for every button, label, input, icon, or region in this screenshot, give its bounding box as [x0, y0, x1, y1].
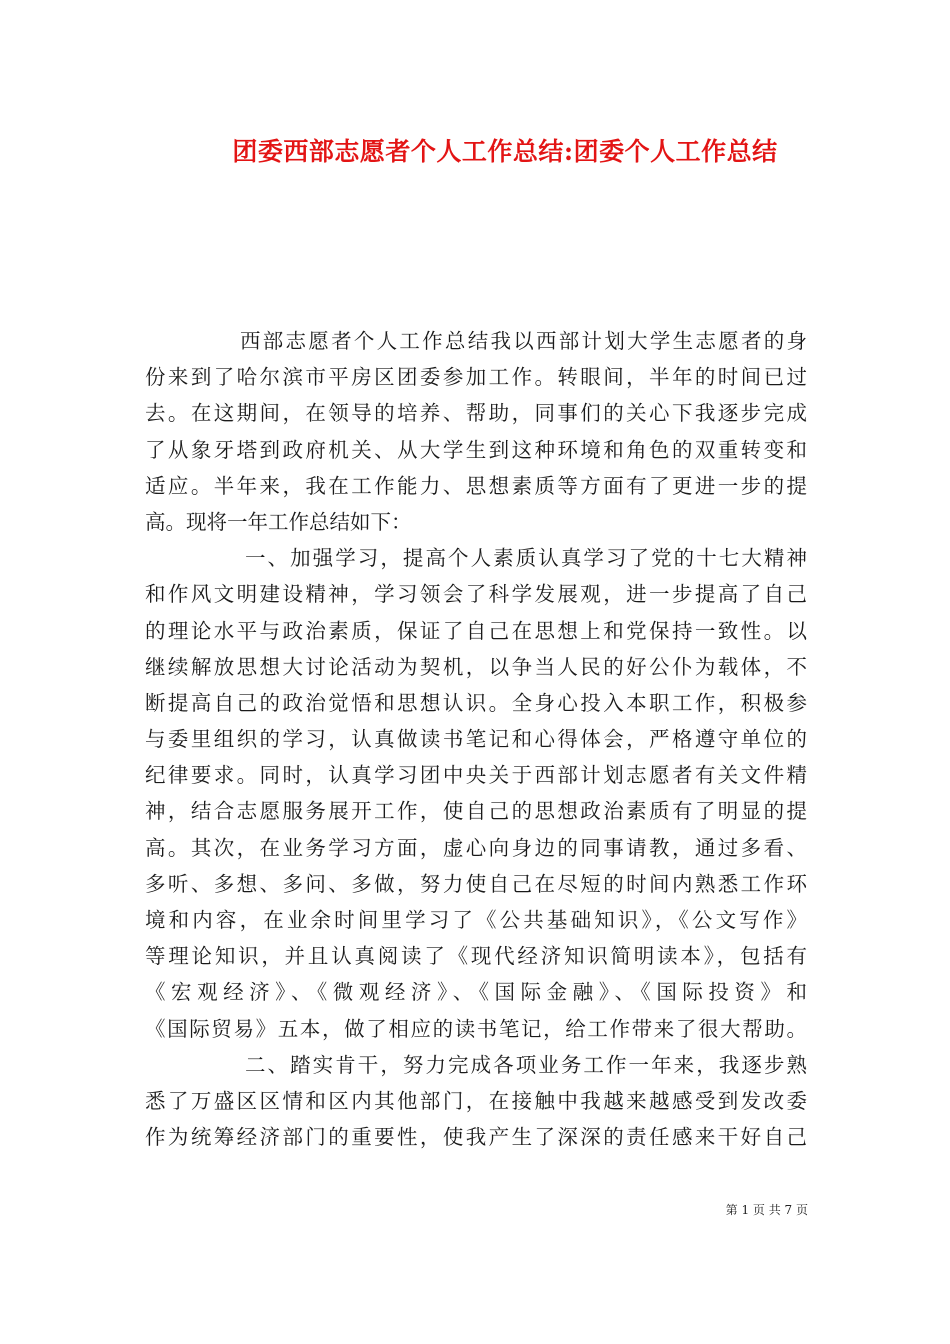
text-line: 二、踏实肯干，努力完成各项业务工作一年来，我逐步熟 — [145, 1047, 807, 1083]
text-line: 多听、多想、多问、多做，努力使自己在尽短的时间内熟悉工作环 — [145, 866, 807, 902]
text-line: 了从象牙塔到政府机关、从大学生到这种环境和角色的双重转变和 — [145, 432, 807, 468]
text-line: 西部志愿者个人工作总结我以西部计划大学生志愿者的身 — [145, 323, 807, 359]
text-line: 纪律要求。同时，认真学习团中央关于西部计划志愿者有关文件精 — [145, 757, 807, 793]
text-line: 适应。半年来，我在工作能力、思想素质等方面有了更进一步的提 — [145, 468, 807, 504]
text-line: 作为统筹经济部门的重要性，使我产生了深深的责任感来干好自己 — [145, 1119, 807, 1155]
text-line: 继续解放思想大讨论活动为契机，以争当人民的好公仆为载体，不 — [145, 649, 807, 685]
text-line: 去。在这期间，在领导的培养、帮助，同事们的关心下我逐步完成 — [145, 395, 807, 431]
text-line: 与委里组织的学习，认真做读书笔记和心得体会，严格遵守单位的 — [145, 721, 807, 757]
text-line: 和作风文明建设精神，学习领会了科学发展观，进一步提高了自己 — [145, 576, 807, 612]
text-line: 份来到了哈尔滨市平房区团委参加工作。转眼间，半年的时间已过 — [145, 359, 807, 395]
text-line: 高。现将一年工作总结如下： — [145, 504, 807, 540]
text-line: 断提高自己的政治觉悟和思想认识。全身心投入本职工作，积极参 — [145, 685, 807, 721]
text-line: 《国际贸易》五本，做了相应的读书笔记，给工作带来了很大帮助。 — [145, 1011, 807, 1047]
page-number-footer: 第 1 页 共 7 页 — [690, 1201, 808, 1218]
document-page: 团委西部志愿者个人工作总结:团委个人工作总结 西部志愿者个人工作总结我以西部计划… — [0, 0, 950, 1344]
text-line: 高。其次，在业务学习方面，虚心向身边的同事请教，通过多看、 — [145, 830, 807, 866]
document-body: 西部志愿者个人工作总结我以西部计划大学生志愿者的身 份来到了哈尔滨市平房区团委参… — [145, 323, 807, 1155]
paragraph-3: 二、踏实肯干，努力完成各项业务工作一年来，我逐步熟 悉了万盛区区情和区内其他部门… — [145, 1047, 807, 1156]
paragraph-1: 西部志愿者个人工作总结我以西部计划大学生志愿者的身 份来到了哈尔滨市平房区团委参… — [145, 323, 807, 540]
text-line: 神，结合志愿服务展开工作，使自己的思想政治素质有了明显的提 — [145, 793, 807, 829]
text-line: 境和内容，在业余时间里学习了《公共基础知识》，《公文写作》 — [145, 902, 807, 938]
text-line: 悉了万盛区区情和区内其他部门，在接触中我越来越感受到发改委 — [145, 1083, 807, 1119]
text-line: 《宏观经济》、《微观经济》、《国际金融》、《国际投资》和 — [145, 974, 807, 1010]
paragraph-2: 一、加强学习，提高个人素质认真学习了党的十七大精神 和作风文明建设精神，学习领会… — [145, 540, 807, 1047]
document-title: 团委西部志愿者个人工作总结:团委个人工作总结 — [0, 132, 950, 168]
text-line: 一、加强学习，提高个人素质认真学习了党的十七大精神 — [145, 540, 807, 576]
text-line: 的理论水平与政治素质，保证了自己在思想上和党保持一致性。以 — [145, 613, 807, 649]
text-line: 等理论知识，并且认真阅读了《现代经济知识简明读本》，包括有 — [145, 938, 807, 974]
